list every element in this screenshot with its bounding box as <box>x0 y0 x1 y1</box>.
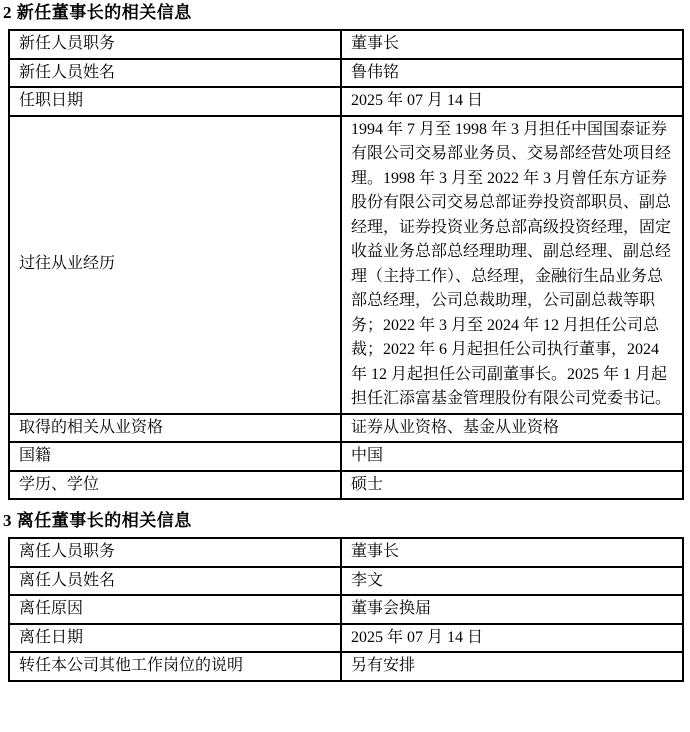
new-chairman-table-body: 新任人员职务董事长新任人员姓名鲁伟铭任职日期2025 年 07 月 14 日过往… <box>9 30 683 499</box>
table-row: 离任人员姓名李文 <box>9 567 683 596</box>
row-label-cell: 离任人员姓名 <box>9 567 341 596</box>
row-value-cell: 2025 年 07 月 14 日 <box>341 624 683 653</box>
departing-chairman-table-body: 离任人员职务董事长离任人员姓名李文离任原因董事会换届离任日期2025 年 07 … <box>9 538 683 681</box>
row-label-cell: 学历、学位 <box>9 471 341 500</box>
section-title-new-chairman: 2 新任董事长的相关信息 <box>3 3 690 23</box>
table-row: 国籍中国 <box>9 442 683 471</box>
row-label-cell: 新任人员姓名 <box>9 59 341 88</box>
row-value-cell: 董事长 <box>341 538 683 567</box>
row-label-cell: 取得的相关从业资格 <box>9 414 341 443</box>
row-label-cell: 离任原因 <box>9 595 341 624</box>
row-label-cell: 新任人员职务 <box>9 30 341 59</box>
section-title-departing-chairman: 3 离任董事长的相关信息 <box>3 511 690 531</box>
row-value-cell: 董事长 <box>341 30 683 59</box>
row-value-cell: 硕士 <box>341 471 683 500</box>
row-value-cell: 李文 <box>341 567 683 596</box>
row-label-cell: 离任日期 <box>9 624 341 653</box>
table-row: 新任人员姓名鲁伟铭 <box>9 59 683 88</box>
document: 2 新任董事长的相关信息 新任人员职务董事长新任人员姓名鲁伟铭任职日期2025 … <box>0 0 690 682</box>
row-value-cell: 董事会换届 <box>341 595 683 624</box>
row-value-cell: 鲁伟铭 <box>341 59 683 88</box>
table-row: 离任原因董事会换届 <box>9 595 683 624</box>
row-value-cell: 2025 年 07 月 14 日 <box>341 87 683 116</box>
table-row: 取得的相关从业资格证券从业资格、基金从业资格 <box>9 414 683 443</box>
departing-chairman-info-table: 离任人员职务董事长离任人员姓名李文离任原因董事会换届离任日期2025 年 07 … <box>8 537 684 682</box>
table-row: 学历、学位硕士 <box>9 471 683 500</box>
row-label-cell: 任职日期 <box>9 87 341 116</box>
row-label-cell: 过往从业经历 <box>9 116 341 414</box>
table-row: 新任人员职务董事长 <box>9 30 683 59</box>
table-row: 离任日期2025 年 07 月 14 日 <box>9 624 683 653</box>
table-row: 任职日期2025 年 07 月 14 日 <box>9 87 683 116</box>
table-row: 过往从业经历1994 年 7 月至 1998 年 3 月担任中国国泰证券有限公司… <box>9 116 683 414</box>
row-value-cell: 另有安排 <box>341 652 683 681</box>
row-label-cell: 转任本公司其他工作岗位的说明 <box>9 652 341 681</box>
new-chairman-info-table: 新任人员职务董事长新任人员姓名鲁伟铭任职日期2025 年 07 月 14 日过往… <box>8 29 684 500</box>
row-label-cell: 国籍 <box>9 442 341 471</box>
row-value-cell: 中国 <box>341 442 683 471</box>
row-value-cell: 1994 年 7 月至 1998 年 3 月担任中国国泰证券有限公司交易部业务员… <box>341 116 683 414</box>
table-row: 转任本公司其他工作岗位的说明另有安排 <box>9 652 683 681</box>
row-label-cell: 离任人员职务 <box>9 538 341 567</box>
row-value-cell: 证券从业资格、基金从业资格 <box>341 414 683 443</box>
table-row: 离任人员职务董事长 <box>9 538 683 567</box>
